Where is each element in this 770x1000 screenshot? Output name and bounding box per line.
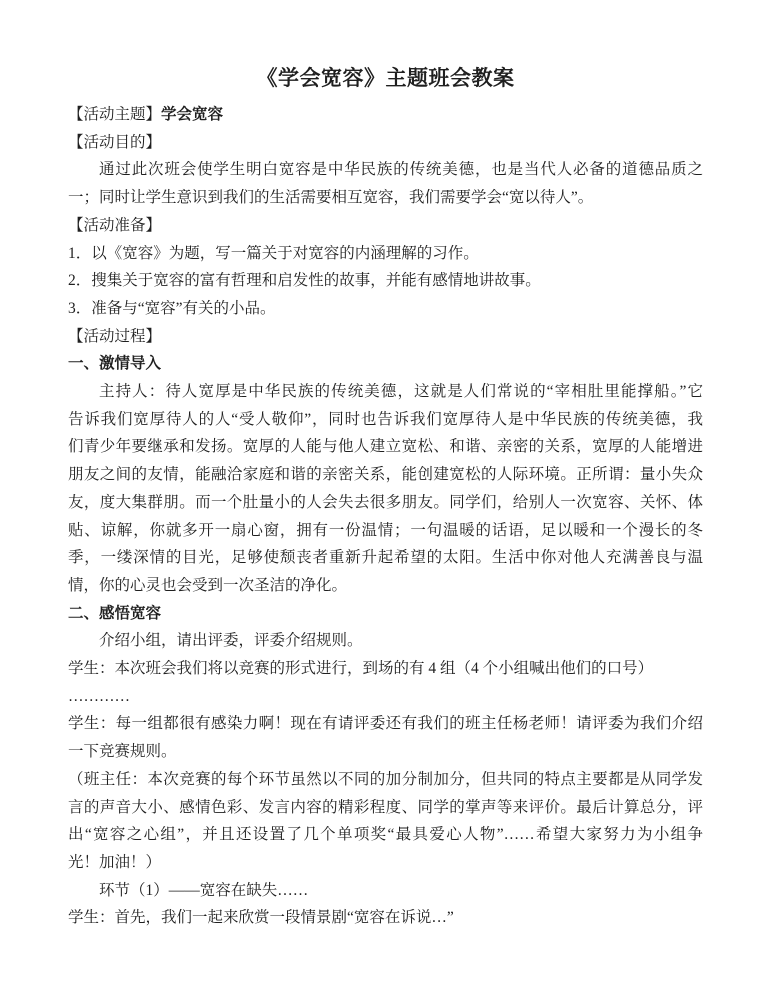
dialogue-line-teacher: 言的声音大小、感情色彩、发言内容的精彩程度、同学的掌声等来评价。最后计算总分，评 (68, 794, 703, 822)
section-label-process: 【活动过程】 (68, 323, 703, 351)
document-page: 《学会宽容》主题班会教案 【活动主题】学会宽容 【活动目的】 通过此次班会使学生… (0, 0, 770, 1000)
dialogue-line-student: 学生：首先，我们一起来欣赏一段情景剧“宽容在诉说…” (68, 904, 703, 932)
list-item-1: 1．以《宽容》为题，写一篇关于对宽容的内涵理解的习作。 (68, 240, 703, 268)
dialogue-line-student: 一下竞赛规则。 (68, 738, 703, 766)
list-item-2: 2．搜集关于宽容的富有哲理和启发性的故事，并能有感情地讲故事。 (68, 267, 703, 295)
dialogue-line-teacher: 光！加油！） (68, 849, 703, 877)
subsection-heading-1: 一、激情导入 (68, 350, 703, 378)
paragraph-line: 告诉我们宽厚待人的人“受人敬仰”，同时也告诉我们宽厚待人是中华民族的传统美德，我 (68, 406, 703, 434)
paragraph-line: 情，你的心灵也会受到一次圣洁的净化。 (68, 572, 703, 600)
paragraph-line: 朋友之间的友情，能融洽家庭和谐的亲密关系，能创建宽松的人际环境。正所谓：量小失众 (68, 461, 703, 489)
section-label-goal: 【活动目的】 (68, 129, 703, 157)
dialogue-line-teacher: 出“宽容之心组”，并且还设置了几个单项奖“最具爱心人物”……希望大家努力为小组争 (68, 821, 703, 849)
paragraph-line: 介绍小组，请出评委，评委介绍规则。 (68, 627, 703, 655)
dialogue-line-host: 主持人：待人宽厚是中华民族的传统美德，这就是人们常说的“宰相肚里能撑船。”它 (68, 378, 703, 406)
paragraph-line: 们青少年要继承和发扬。宽厚的人能与他人建立宽松、和谐、亲密的关系，宽厚的人能增进 (68, 433, 703, 461)
ellipsis-line: ………… (68, 683, 703, 711)
stage-line: 环节（1）——宽容在缺失…… (68, 877, 703, 905)
activity-theme-label: 【活动主题】 (68, 106, 161, 123)
activity-theme-value: 学会宽容 (161, 106, 223, 123)
document-title: 《学会宽容》主题班会教案 (68, 62, 703, 94)
dialogue-line-teacher: （班主任：本次竞赛的每个环节虽然以不同的加分制加分，但共同的特点主要都是从同学发 (68, 766, 703, 794)
list-item-3: 3．准备与“宽容”有关的小品。 (68, 295, 703, 323)
paragraph-line: 友，度大集群朋。而一个肚量小的人会失去很多朋友。同学们，给别人一次宽容、关怀、体 (68, 489, 703, 517)
paragraph-line: 季，一缕深情的目光，足够使颓丧者重新升起希望的太阳。生活中你对他人充满善良与温 (68, 544, 703, 572)
dialogue-line-student: 学生：每一组都很有感染力啊！现在有请评委还有我们的班主任杨老师！请评委为我们介绍 (68, 710, 703, 738)
activity-theme-line: 【活动主题】学会宽容 (68, 101, 703, 129)
paragraph-line: 贴、谅解，你就多开一扇心窗，拥有一份温情；一句温暖的话语，足以暖和一个漫长的冬 (68, 517, 703, 545)
section-label-preparation: 【活动准备】 (68, 212, 703, 240)
paragraph-line: 通过此次班会使学生明白宽容是中华民族的传统美德，也是当代人必备的道德品质之 (68, 156, 703, 184)
document-content: 《学会宽容》主题班会教案 【活动主题】学会宽容 【活动目的】 通过此次班会使学生… (68, 62, 703, 932)
dialogue-line-student: 学生：本次班会我们将以竞赛的形式进行，到场的有 4 组（4 个小组喊出他们的口号… (68, 655, 703, 683)
subsection-heading-2: 二、感悟宽容 (68, 600, 703, 628)
paragraph-line: 一；同时让学生意识到我们的生活需要相互宽容，我们需要学会“宽以待人”。 (68, 184, 703, 212)
